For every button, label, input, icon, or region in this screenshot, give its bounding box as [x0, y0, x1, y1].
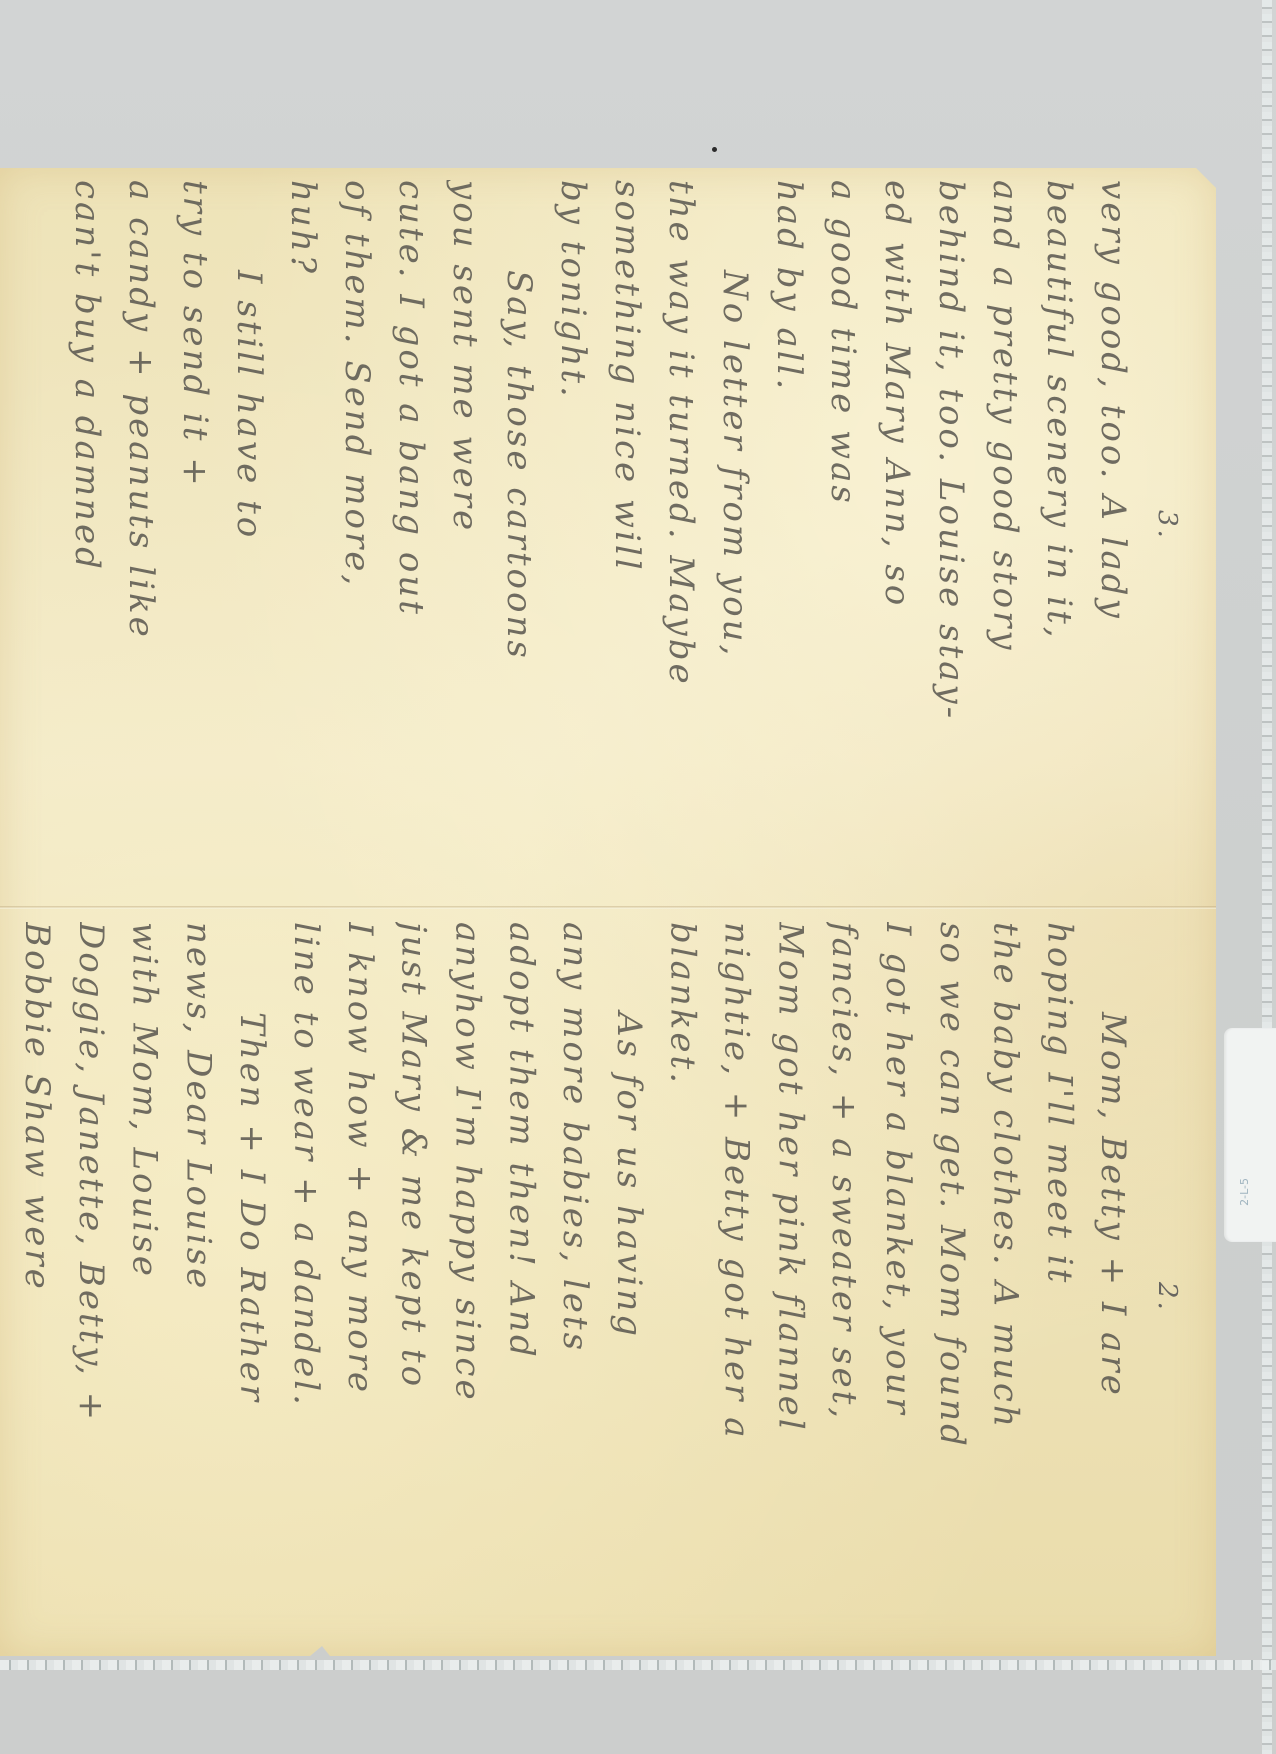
letter-line: cute. I got a bang out — [384, 180, 438, 894]
letter-sheet: 3. very good, too. A lady beautiful scen… — [0, 168, 1216, 1656]
letter-line: As for us having — [602, 922, 656, 1646]
letter-line: Doggie, Janette, Betty, + — [64, 922, 118, 1646]
letter-line: a candy + peanuts like — [114, 180, 168, 894]
letter-line: try to send it + — [168, 180, 222, 894]
page-number: 3. — [1140, 180, 1194, 894]
letter-line: very good, too. A lady — [1086, 180, 1140, 894]
letter-line: Then + I Do Rather — [225, 922, 279, 1646]
letter-line: adopt them then! And — [494, 922, 548, 1646]
letter-line: blanket. — [656, 922, 710, 1646]
letter-line: line to wear + a dandel. — [279, 922, 333, 1646]
letter-line: ed with Mary Ann, so — [870, 180, 924, 894]
letter-line: the baby clothes. A much — [979, 922, 1033, 1646]
letter-line: Mom, Betty + I are — [1086, 922, 1140, 1646]
letter-line: of them. Send more, — [330, 180, 384, 894]
letter-line: fancies, + a sweater set, — [817, 922, 871, 1646]
letter-line: Mom got her pink flannel — [764, 922, 818, 1646]
letter-line: Bobbie Shaw were — [10, 922, 64, 1646]
letter-line: with Mom, Louise — [118, 922, 172, 1646]
letter-line: nightie, + Betty got her a — [710, 922, 764, 1646]
letter-line: so we can get. Mom found — [925, 922, 979, 1646]
letter-line: the way it turned. Maybe — [654, 180, 708, 894]
dust-speck — [712, 147, 717, 152]
letter-line: anyhow I'm happy since — [441, 922, 495, 1646]
letter-line: huh? — [276, 180, 330, 894]
letter-line: any more babies, lets — [548, 922, 602, 1646]
letter-page-3: 3. very good, too. A lady beautiful scen… — [0, 168, 1216, 904]
page-number: 2. — [1140, 922, 1194, 1646]
letter-line: had by all. — [762, 180, 816, 894]
letter-line: by tonight. — [546, 180, 600, 894]
letter-line: something nice will — [600, 180, 654, 894]
letter-line: you sent me were — [438, 180, 492, 894]
letter-line: hoping I'll meet it — [1033, 922, 1087, 1646]
letter-line: and a pretty good story — [978, 180, 1032, 894]
sleeve-perforation-right — [1262, 0, 1272, 1754]
letter-line: news, Dear Louise — [172, 922, 226, 1646]
letter-line: I still have to — [222, 180, 276, 894]
letter-line: can't buy a damned — [60, 180, 114, 894]
letter-page-2: 2. Mom, Betty + I are hoping I'll meet i… — [0, 910, 1216, 1656]
sleeve-perforation-bottom — [0, 1660, 1276, 1670]
letter-line: beautiful scenery in it, — [1032, 180, 1086, 894]
letter-line: a good time was — [816, 180, 870, 894]
letter-line: I know how + any more — [333, 922, 387, 1646]
letter-line: I got her a blanket, your — [871, 922, 925, 1646]
letter-line: No letter from you, — [708, 180, 762, 894]
letter-line: behind it, too. Louise stay- — [924, 180, 978, 894]
letter-line: Say, those cartoons — [492, 180, 546, 894]
archive-label-code: 2-L-5 — [1238, 1178, 1258, 1206]
paper-fold-crease — [0, 906, 1216, 909]
archive-label-tab: 2-L-5 — [1224, 1028, 1276, 1242]
letter-line: just Mary & me kept to — [387, 922, 441, 1646]
